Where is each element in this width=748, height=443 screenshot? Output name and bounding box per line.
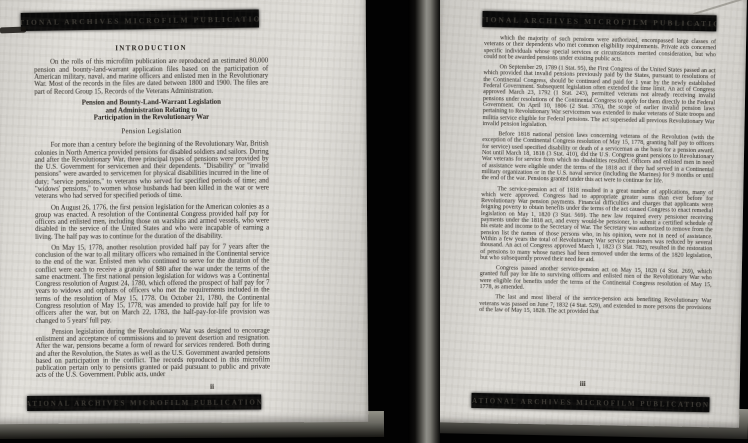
intro-paragraph: On the rolls of this microfilm publicati… bbox=[34, 58, 268, 96]
body-paragraph: On August 26, 1776, the first pension le… bbox=[35, 203, 269, 241]
left-page-bottom-banner: NATIONAL ARCHIVES MICROFILM PUBLICATIONS bbox=[27, 395, 261, 411]
section-heading: Pension and Bounty-Land-Warrant Legislat… bbox=[34, 98, 268, 123]
right-page-number: iii bbox=[580, 380, 586, 388]
right-page: NATIONAL ARCHIVES MICROFILM PUBLICATIONS… bbox=[429, 0, 747, 428]
body-paragraph: which the majority of such pensions were… bbox=[484, 35, 716, 64]
banner-text: NATIONAL ARCHIVES MICROFILM PUBLICATIONS bbox=[471, 396, 709, 409]
banner-text: NATIONAL ARCHIVES MICROFILM PUBLICATIONS bbox=[27, 398, 261, 408]
left-page-top-banner: NATIONAL ARCHIVES MICROFILM PUBLICATIONS bbox=[21, 9, 259, 31]
banner-text: NATIONAL ARCHIVES MICROFILM PUBLICATIONS bbox=[482, 14, 716, 28]
subsection-heading: Pension Legislation bbox=[35, 127, 269, 136]
body-paragraph: The service-pension act of 1818 resulted… bbox=[480, 186, 713, 266]
body-paragraph: Before 1818 national pension laws concer… bbox=[481, 131, 714, 186]
introduction-heading: INTRODUCTION bbox=[34, 44, 268, 53]
left-page-content: INTRODUCTION On the rolls of this microf… bbox=[34, 44, 270, 383]
body-paragraph: On May 15, 1778, another resolution prov… bbox=[35, 243, 269, 324]
body-paragraph: Congress passed another service-pension … bbox=[479, 265, 711, 294]
body-paragraph: For more than a century before the begin… bbox=[35, 141, 269, 201]
right-page-content: which the majority of such pensions were… bbox=[479, 35, 716, 321]
left-page: NATIONAL ARCHIVES MICROFILM PUBLICATIONS… bbox=[0, 0, 368, 424]
right-page-bottom-banner: NATIONAL ARCHIVES MICROFILM PUBLICATIONS bbox=[471, 393, 709, 412]
body-paragraph: Pension legislation during the Revolutio… bbox=[36, 327, 270, 379]
right-page-top-banner: NATIONAL ARCHIVES MICROFILM PUBLICATIONS bbox=[482, 11, 716, 31]
section-heading-line: Participation in the Revolutionary War bbox=[34, 114, 268, 123]
body-paragraph: On September 29, 1789 (1 Stat. 95), the … bbox=[482, 64, 715, 131]
body-paragraph: The last and most liberal of the service… bbox=[479, 294, 711, 317]
film-gutter-edge bbox=[408, 0, 440, 443]
film-smudge bbox=[0, 27, 26, 34]
microfilm-frame: NATIONAL ARCHIVES MICROFILM PUBLICATIONS… bbox=[0, 0, 748, 443]
banner-text: NATIONAL ARCHIVES MICROFILM PUBLICATIONS bbox=[21, 14, 259, 27]
left-page-number: ii bbox=[210, 383, 214, 391]
